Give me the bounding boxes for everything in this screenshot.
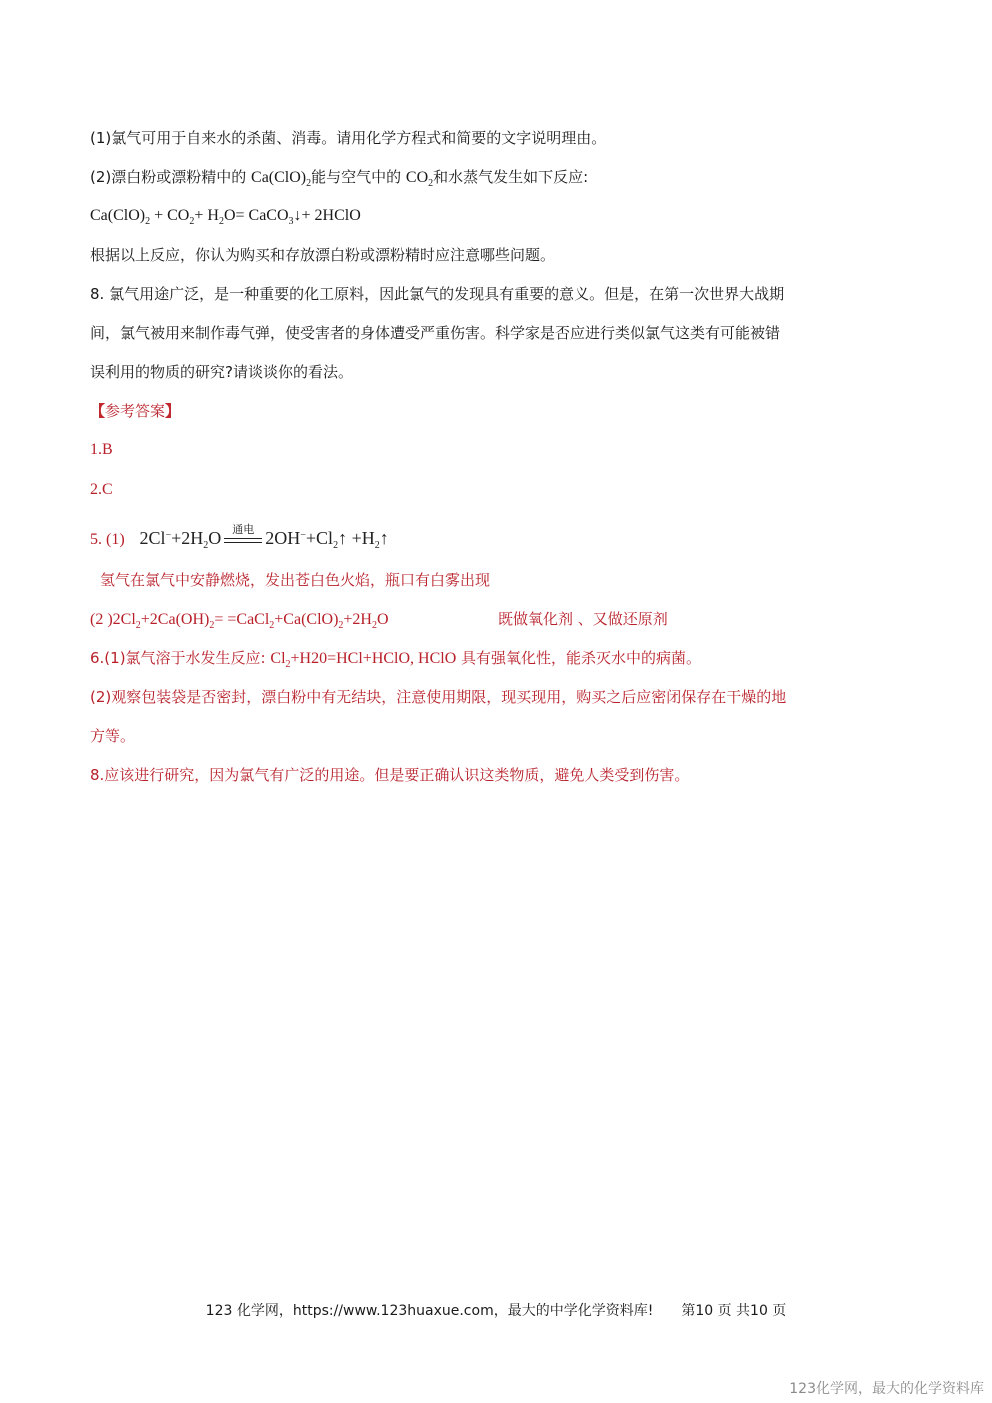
answer-5-part-2: (2 )2Cl2+2Ca(OH)2= =CaCl2+Ca(ClO)2+2H2O [90, 609, 389, 630]
question-8-line-2: 间，氯气被用来制作毒气弹，使受害者的身体遭受严重伤害。科学家是否应进行类似氯气这… [90, 323, 780, 343]
answer-8: 8.应该进行研究，因为氯气有广泛的用途。但是要正确认识这类物质，避免人类受到伤害… [90, 765, 689, 785]
footer-site-text: 123 化学网，https://www.123huaxue.com，最大的中学化… [206, 1303, 654, 1319]
answer-text: 氢气在氯气中安静燃烧，发出苍白色火焰，瓶口有白雾出现 [100, 571, 490, 589]
page-footer: 123 化学网，https://www.123huaxue.com，最大的中学化… [0, 1300, 992, 1320]
answer-5-part-2-note: 既做氧化剂 、又做还原剂 [498, 609, 668, 629]
answer-6-part-2-line-1: (2)观察包装袋是否密封，漂白粉中有无结块，注意使用期限，现买现用，购买之后应密… [90, 687, 786, 707]
electrolysis-equation: 2Cl−+2H2O通电2OH−+Cl2↑ +H2↑ [139, 528, 388, 548]
answer-text: 具有强氧化性，能杀灭水中的病菌。 [456, 649, 701, 667]
document-page: (1)氯气可用于自来水的杀菌、消毒。请用化学方程式和简要的文字说明理由。 (2)… [0, 0, 992, 1403]
watermark-text: 123化学网，最大的化学资料库 [789, 1381, 984, 1397]
question-text: 8. 氯气用途广泛，是一种重要的化工原料，因此氯气的发现具有重要的意义。但是，在… [90, 285, 784, 303]
question-7-part-1: (1)氯气可用于自来水的杀菌、消毒。请用化学方程式和简要的文字说明理由。 [90, 128, 606, 148]
bracket-open: 【 [90, 402, 105, 420]
answer-text: 方等。 [90, 727, 135, 745]
question-text: 能与空气中的 [311, 168, 406, 186]
answer-text: 2.C [90, 481, 113, 498]
question-7-prompt: 根据以上反应，你认为购买和存放漂白粉或漂粉精时应注意哪些问题。 [90, 245, 555, 265]
heading-text: 参考答案 [105, 402, 165, 420]
equals-sign-with-condition: 通电 [223, 530, 263, 550]
answers-heading: 【参考答案】 [90, 401, 180, 421]
question-text: 根据以上反应，你认为购买和存放漂白粉或漂粉精时应注意哪些问题。 [90, 246, 555, 264]
answer-text: 6.(1)氯气溶于水发生反应: [90, 649, 270, 667]
answer-5-part-1: 5. (1) 2Cl−+2H2O通电2OH−+Cl2↑ +H2↑ [90, 528, 389, 550]
question-8-line-1: 8. 氯气用途广泛，是一种重要的化工原料，因此氯气的发现具有重要的意义。但是，在… [90, 284, 784, 304]
answer-2: 2.C [90, 480, 113, 500]
question-text: (2)漂白粉或漂粉精中的 [90, 168, 251, 186]
question-text: 和水蒸气发生如下反应: [433, 168, 588, 186]
question-8-line-3: 误利用的物质的研究?请谈谈你的看法。 [90, 362, 353, 382]
answer-text: 8.应该进行研究，因为氯气有广泛的用途。但是要正确认识这类物质，避免人类受到伤害… [90, 766, 689, 784]
watermark: 123化学网，最大的化学资料库 [789, 1378, 984, 1398]
answer-5-description: 氢气在氯气中安静燃烧，发出苍白色火焰，瓶口有白雾出现 [100, 570, 490, 590]
formula: Cl2+H20=HCl+HClO, HClO [270, 650, 456, 667]
page-number: 第10 页 共10 页 [681, 1303, 786, 1319]
reaction-equation: Ca(ClO)2 + CO2+ H2O= CaCO3↓+ 2HClO [90, 206, 361, 226]
answer-text: 1.B [90, 441, 113, 458]
bracket-close: 】 [165, 402, 180, 420]
answer-text: 既做氧化剂 、又做还原剂 [498, 610, 668, 628]
formula: Ca(ClO)2 [251, 169, 311, 186]
question-text: 间，氯气被用来制作毒气弹，使受害者的身体遭受严重伤害。科学家是否应进行类似氯气这… [90, 324, 780, 342]
answer-6-part-1: 6.(1)氯气溶于水发生反应: Cl2+H20=HCl+HClO, HClO 具… [90, 648, 701, 669]
answer-6-part-2-line-2: 方等。 [90, 726, 135, 746]
question-7-part-2: (2)漂白粉或漂粉精中的 Ca(ClO)2能与空气中的 CO2和水蒸气发生如下反… [90, 167, 588, 188]
formula: CO2 [406, 169, 433, 186]
formula: (2 )2Cl2+2Ca(OH)2= =CaCl2+Ca(ClO)2+2H2O [90, 611, 389, 628]
answer-label: 5. (1) [90, 531, 125, 548]
question-text: 误利用的物质的研究?请谈谈你的看法。 [90, 363, 353, 381]
answer-1: 1.B [90, 440, 113, 460]
question-text: (1)氯气可用于自来水的杀菌、消毒。请用化学方程式和简要的文字说明理由。 [90, 129, 606, 147]
answer-text: (2)观察包装袋是否密封，漂白粉中有无结块，注意使用期限，现买现用，购买之后应密… [90, 688, 786, 706]
